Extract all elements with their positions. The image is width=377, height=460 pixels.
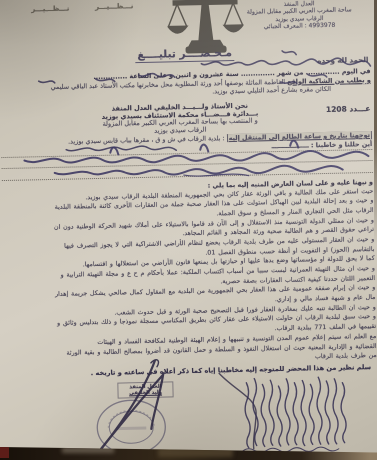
dotted-rule [1, 149, 372, 158]
opening-phrase: الحمد لله وحده [317, 56, 368, 65]
red-object [0, 447, 9, 458]
letterhead: الأستاذ وليد الخليفي العدل المنفذ ساحة ا… [228, 0, 371, 32]
copy-mark: نـــظـــيـــر [31, 5, 69, 14]
intro-paragraph: في اليوم .............. من شهر .........… [0, 67, 371, 101]
vertical-note-scrawl [241, 377, 346, 453]
spoken-to-line: أين حللنا و خاطبنا : ـــــــــــــــــ [271, 139, 372, 149]
case-number: عـــدد 1208 [326, 104, 371, 114]
copy-mark: نـــظـــيـــر [95, 2, 133, 11]
clauses-block: حيث استقر على ملك الطالبة و باقي الورثة … [2, 186, 377, 368]
document-content: نـــظـــيـــر نـــظـــيـــر [0, 0, 377, 460]
document-photo: نـــظـــيـــر نـــظـــيـــر [0, 0, 377, 460]
official-round-stamp [97, 400, 166, 455]
dotted-rule [2, 160, 373, 169]
signature-label: العدل المنفذ وليد الخليفي [117, 381, 173, 399]
handwritten-name-scrawl [66, 145, 176, 152]
paper-sheet: نـــظـــيـــر نـــظـــيـــر [0, 0, 377, 460]
signature-name: وليد الخليفي [118, 390, 172, 397]
connector-stroke [219, 373, 257, 450]
